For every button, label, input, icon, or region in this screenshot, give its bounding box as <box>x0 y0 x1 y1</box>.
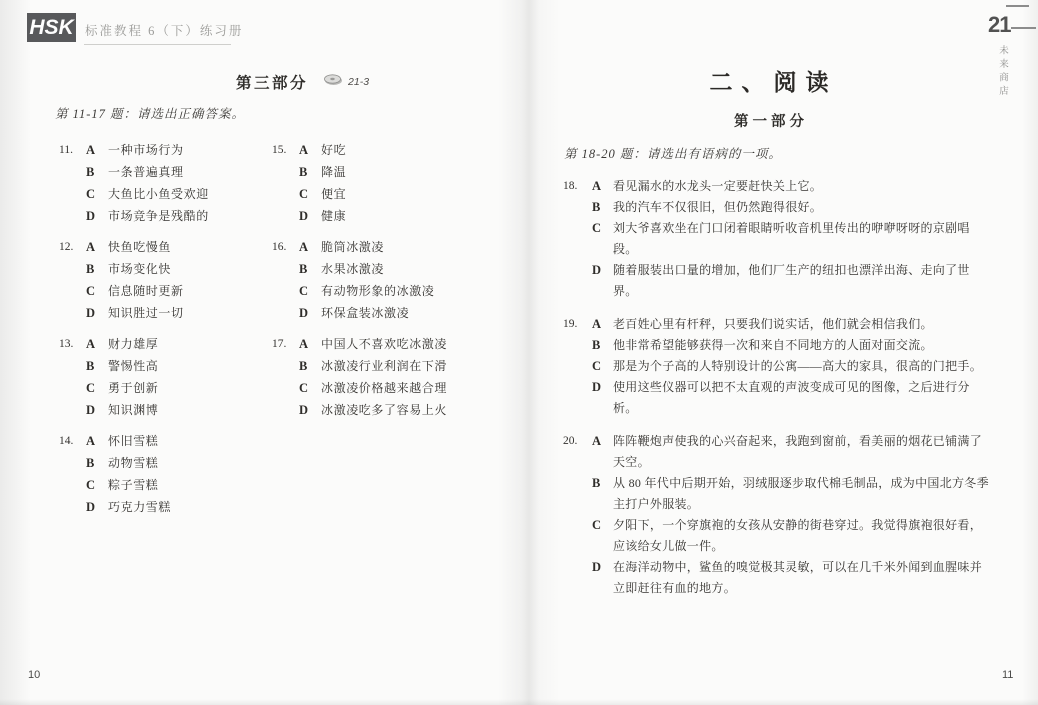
option-text: 随着服装出口量的增加，他们厂生产的纽扣也漂洋出海、走向了世界。 <box>613 260 991 302</box>
answer-option: C 信息随时更新 <box>86 280 272 302</box>
answer-option: C 粽子雪糕 <box>86 474 272 496</box>
option-letter: C <box>592 356 613 377</box>
option-letter: B <box>592 473 613 515</box>
option-letter: B <box>86 452 108 474</box>
option-list: A 财力雄厚 B 警惕性高 C 勇于创新 <box>86 333 272 421</box>
option-text: 一种市场行为 <box>108 139 272 161</box>
question-number: 14. <box>59 430 86 518</box>
option-letter: C <box>86 280 108 302</box>
option-text: 中国人不喜欢吃冰激凌 <box>321 333 485 355</box>
option-letter: A <box>86 236 108 258</box>
option-text: 财力雄厚 <box>108 333 272 355</box>
question-number: 15. <box>272 139 299 227</box>
option-list: A 脆筒冰激凌 B 水果冰激凌 C 有动物形象的冰激凌 <box>299 236 485 324</box>
option-text: 便宜 <box>321 183 485 205</box>
answer-option: A 老百姓心里有杆秤，只要我们说实话，他们就会相信我们。 <box>592 314 991 335</box>
option-list: A 怀旧雪糕 B 动物雪糕 C 粽子雪糕 <box>86 430 272 518</box>
option-text: 好吃 <box>321 139 485 161</box>
option-letter: B <box>299 355 321 377</box>
option-letter: D <box>86 205 108 227</box>
question: 17. A 中国人不喜欢吃冰激凌 B 冰激凌行业利润在下滑 <box>272 333 485 421</box>
option-text: 夕阳下，一个穿旗袍的女孩从安静的街巷穿过。我觉得旗袍很好看，应该给女儿做一件。 <box>613 515 991 557</box>
section-heading-row: 第三部分 21-3 <box>236 71 369 93</box>
option-letter: D <box>86 399 108 421</box>
option-text: 市场变化快 <box>108 258 272 280</box>
option-letter: D <box>299 399 321 421</box>
option-text: 使用这些仪器可以把不太直观的声波变成可见的图像，之后进行分析。 <box>613 377 991 419</box>
option-letter: C <box>299 280 321 302</box>
option-letter: A <box>86 430 108 452</box>
option-text: 一条普遍真理 <box>108 161 272 183</box>
answer-option: A 怀旧雪糕 <box>86 430 272 452</box>
option-letter: C <box>299 183 321 205</box>
option-text: 刘大爷喜欢坐在门口闭着眼睛听收音机里传出的咿咿呀呀的京剧唱段。 <box>613 218 991 260</box>
question-number: 16. <box>272 236 299 324</box>
question: 12. A 快鱼吃慢鱼 B 市场变化快 <box>59 236 272 324</box>
answer-option: C 便宜 <box>299 183 485 205</box>
question: 13. A 财力雄厚 B 警惕性高 <box>59 333 272 421</box>
option-letter: C <box>299 377 321 399</box>
left-page-number: 10 <box>28 669 40 681</box>
option-list: A 阵阵鞭炮声使我的心兴奋起来，我跑到窗前，看美丽的烟花已铺满了天空。 B 从 … <box>592 431 991 599</box>
answer-option: A 脆筒冰激凌 <box>299 236 485 258</box>
option-letter: C <box>86 377 108 399</box>
option-text: 脆筒冰激凌 <box>321 236 485 258</box>
option-letter: A <box>299 236 321 258</box>
option-letter: B <box>592 197 613 218</box>
option-letter: D <box>299 205 321 227</box>
option-letter: B <box>299 258 321 280</box>
option-letter: A <box>86 333 108 355</box>
answer-option: D 冰激凌吃多了容易上火 <box>299 399 485 421</box>
option-letter: B <box>86 258 108 280</box>
question-columns: 11. A 一种市场行为 B 一条普遍真理 <box>59 139 485 527</box>
answer-option: A 中国人不喜欢吃冰激凌 <box>299 333 485 355</box>
option-text: 水果冰激凌 <box>321 258 485 280</box>
option-letter: C <box>86 474 108 496</box>
option-text: 怀旧雪糕 <box>108 430 272 452</box>
answer-option: A 快鱼吃慢鱼 <box>86 236 272 258</box>
option-text: 知识渊博 <box>108 399 272 421</box>
left-page-edge-shadow <box>0 0 34 705</box>
question-column-2: 15. A 好吃 B 降温 <box>272 139 485 527</box>
option-text: 有动物形象的冰激凌 <box>321 280 485 302</box>
option-text: 在海洋动物中，鲨鱼的嗅觉极其灵敏，可以在几千米外闻到血腥味并立即赶往有血的地方。 <box>613 557 991 599</box>
right-instructions: 第 18-20 题：请选出有语病的一项。 <box>564 144 782 162</box>
question-number: 17. <box>272 333 299 421</box>
option-text: 环保盒装冰激凌 <box>321 302 485 324</box>
option-text: 巧克力雪糕 <box>108 496 272 518</box>
hsk-logo: HSK <box>27 13 76 42</box>
answer-option: D 健康 <box>299 205 485 227</box>
option-text: 我的汽车不仅很旧，但仍然跑得很好。 <box>613 197 991 218</box>
answer-option: C 大鱼比小鱼受欢迎 <box>86 183 272 205</box>
option-letter: A <box>592 431 613 473</box>
option-letter: C <box>592 515 613 557</box>
answer-option: B 水果冰激凌 <box>299 258 485 280</box>
option-text: 冰激凌吃多了容易上火 <box>321 399 485 421</box>
question-number: 11. <box>59 139 86 227</box>
option-text: 勇于创新 <box>108 377 272 399</box>
question-number: 18. <box>563 176 592 302</box>
answer-option: A 看见漏水的水龙头一定要赶快关上它。 <box>592 176 991 197</box>
question-number: 13. <box>59 333 86 421</box>
option-text: 看见漏水的水龙头一定要赶快关上它。 <box>613 176 991 197</box>
option-text: 信息随时更新 <box>108 280 272 302</box>
lesson-number: 21 <box>988 12 1010 38</box>
question-number: 20. <box>563 431 592 599</box>
right-page-edge-shadow <box>1022 0 1038 705</box>
audio-track-label: 21-3 <box>348 76 369 88</box>
option-letter: D <box>299 302 321 324</box>
bottom-edge-shadow <box>0 699 1038 705</box>
answer-option: A 好吃 <box>299 139 485 161</box>
answer-option: D 巧克力雪糕 <box>86 496 272 518</box>
option-text: 冰激凌价格越来越合理 <box>321 377 485 399</box>
answer-option: D 使用这些仪器可以把不太直观的声波变成可见的图像，之后进行分析。 <box>592 377 991 419</box>
answer-option: B 警惕性高 <box>86 355 272 377</box>
question: 20. A 阵阵鞭炮声使我的心兴奋起来，我跑到窗前，看美丽的烟花已铺满了天空。 … <box>563 431 991 599</box>
option-list: A 中国人不喜欢吃冰激凌 B 冰激凌行业利润在下滑 C 冰激凌价格越 <box>299 333 485 421</box>
option-text: 粽子雪糕 <box>108 474 272 496</box>
option-letter: C <box>592 218 613 260</box>
option-list: A 老百姓心里有杆秤，只要我们说实话，他们就会相信我们。 B 他非常希望能够获得… <box>592 314 991 419</box>
option-list: A 看见漏水的水龙头一定要赶快关上它。 B 我的汽车不仅很旧，但仍然跑得很好。 … <box>592 176 991 302</box>
audio-disc-icon <box>324 73 343 91</box>
option-letter: A <box>592 314 613 335</box>
answer-option: B 降温 <box>299 161 485 183</box>
answer-option: A 阵阵鞭炮声使我的心兴奋起来，我跑到窗前，看美丽的烟花已铺满了天空。 <box>592 431 991 473</box>
option-letter: D <box>592 557 613 599</box>
reading-question-list: 18. A 看见漏水的水龙头一定要赶快关上它。 B 我的汽车不仅很旧，但仍然跑得… <box>563 176 991 611</box>
option-text: 他非常希望能够获得一次和来自不同地方的人面对面交流。 <box>613 335 991 356</box>
option-letter: D <box>86 496 108 518</box>
series-title: 标准教程 6（下）练习册 <box>85 21 243 39</box>
question: 11. A 一种市场行为 B 一条普遍真理 <box>59 139 272 227</box>
option-text: 那是为个子高的人特别设计的公寓——高大的家具，很高的门把手。 <box>613 356 991 377</box>
lesson-title-vertical: 未来商店 <box>995 45 1009 99</box>
option-text: 从 80 年代中后期开始，羽绒服逐步取代棉毛制品，成为中国北方冬季主打户外服装。 <box>613 473 991 515</box>
option-letter: B <box>86 161 108 183</box>
answer-option: C 有动物形象的冰激凌 <box>299 280 485 302</box>
book-spread: HSK 标准教程 6（下）练习册 第三部分 21-3 第 11-17 题：请选出… <box>0 0 1038 705</box>
answer-option: B 动物雪糕 <box>86 452 272 474</box>
question: 14. A 怀旧雪糕 B 动物雪糕 <box>59 430 272 518</box>
answer-option: D 环保盒装冰激凌 <box>299 302 485 324</box>
answer-option: C 夕阳下，一个穿旗袍的女孩从安静的街巷穿过。我觉得旗袍很好看，应该给女儿做一件… <box>592 515 991 557</box>
option-letter: A <box>592 176 613 197</box>
section-heading: 第三部分 <box>236 71 308 93</box>
question: 19. A 老百姓心里有杆秤，只要我们说实话，他们就会相信我们。 B 他非常希望… <box>563 314 991 419</box>
option-letter: D <box>86 302 108 324</box>
option-letter: C <box>86 183 108 205</box>
option-text: 市场竞争是残酷的 <box>108 205 272 227</box>
option-list: A 好吃 B 降温 C 便宜 <box>299 139 485 227</box>
option-list: A 快鱼吃慢鱼 B 市场变化快 C 信息随时更新 <box>86 236 272 324</box>
header-rule <box>84 44 231 45</box>
option-letter: D <box>592 377 613 419</box>
answer-option: C 刘大爷喜欢坐在门口闭着眼睛听收音机里传出的咿咿呀呀的京剧唱段。 <box>592 218 991 260</box>
answer-option: D 知识渊博 <box>86 399 272 421</box>
option-text: 老百姓心里有杆秤，只要我们说实话，他们就会相信我们。 <box>613 314 991 335</box>
option-letter: B <box>86 355 108 377</box>
option-text: 健康 <box>321 205 485 227</box>
option-text: 警惕性高 <box>108 355 272 377</box>
question: 16. A 脆筒冰激凌 B 水果冰激凌 <box>272 236 485 324</box>
option-text: 快鱼吃慢鱼 <box>108 236 272 258</box>
answer-option: A 一种市场行为 <box>86 139 272 161</box>
question: 18. A 看见漏水的水龙头一定要赶快关上它。 B 我的汽车不仅很旧，但仍然跑得… <box>563 176 991 302</box>
option-list: A 一种市场行为 B 一条普遍真理 C 大鱼比小鱼受欢迎 <box>86 139 272 227</box>
answer-option: B 一条普遍真理 <box>86 161 272 183</box>
option-letter: A <box>86 139 108 161</box>
option-text: 降温 <box>321 161 485 183</box>
option-text: 知识胜过一切 <box>108 302 272 324</box>
option-letter: D <box>592 260 613 302</box>
answer-option: B 市场变化快 <box>86 258 272 280</box>
answer-option: D 随着服装出口量的增加，他们厂生产的纽扣也漂洋出海、走向了世界。 <box>592 260 991 302</box>
option-text: 动物雪糕 <box>108 452 272 474</box>
tab-dash-top <box>1006 5 1029 7</box>
option-text: 大鱼比小鱼受欢迎 <box>108 183 272 205</box>
left-instructions: 第 11-17 题：请选出正确答案。 <box>55 104 245 122</box>
question-number: 12. <box>59 236 86 324</box>
chapter-title: 二、阅读 <box>534 64 1004 97</box>
option-text: 阵阵鞭炮声使我的心兴奋起来，我跑到窗前，看美丽的烟花已铺满了天空。 <box>613 431 991 473</box>
answer-option: C 那是为个子高的人特别设计的公寓——高大的家具，很高的门把手。 <box>592 356 991 377</box>
question-number: 19. <box>563 314 592 419</box>
answer-option: A 财力雄厚 <box>86 333 272 355</box>
answer-option: B 冰激凌行业利润在下滑 <box>299 355 485 377</box>
right-page-number: 11 <box>1002 669 1013 681</box>
question: 15. A 好吃 B 降温 <box>272 139 485 227</box>
answer-option: D 在海洋动物中，鲨鱼的嗅觉极其灵敏，可以在几千米外闻到血腥味并立即赶往有血的地… <box>592 557 991 599</box>
option-letter: B <box>299 161 321 183</box>
option-text: 冰激凌行业利润在下滑 <box>321 355 485 377</box>
answer-option: C 冰激凌价格越来越合理 <box>299 377 485 399</box>
option-letter: A <box>299 333 321 355</box>
answer-option: D 市场竞争是残酷的 <box>86 205 272 227</box>
tab-dash-side <box>1011 27 1036 29</box>
book-gutter-shadow <box>498 0 560 705</box>
part-heading: 第一部分 <box>534 110 1004 131</box>
option-letter: B <box>592 335 613 356</box>
option-letter: A <box>299 139 321 161</box>
answer-option: B 我的汽车不仅很旧，但仍然跑得很好。 <box>592 197 991 218</box>
answer-option: B 从 80 年代中后期开始，羽绒服逐步取代棉毛制品，成为中国北方冬季主打户外服… <box>592 473 991 515</box>
answer-option: C 勇于创新 <box>86 377 272 399</box>
answer-option: B 他非常希望能够获得一次和来自不同地方的人面对面交流。 <box>592 335 991 356</box>
answer-option: D 知识胜过一切 <box>86 302 272 324</box>
question-column-1: 11. A 一种市场行为 B 一条普遍真理 <box>59 139 272 527</box>
